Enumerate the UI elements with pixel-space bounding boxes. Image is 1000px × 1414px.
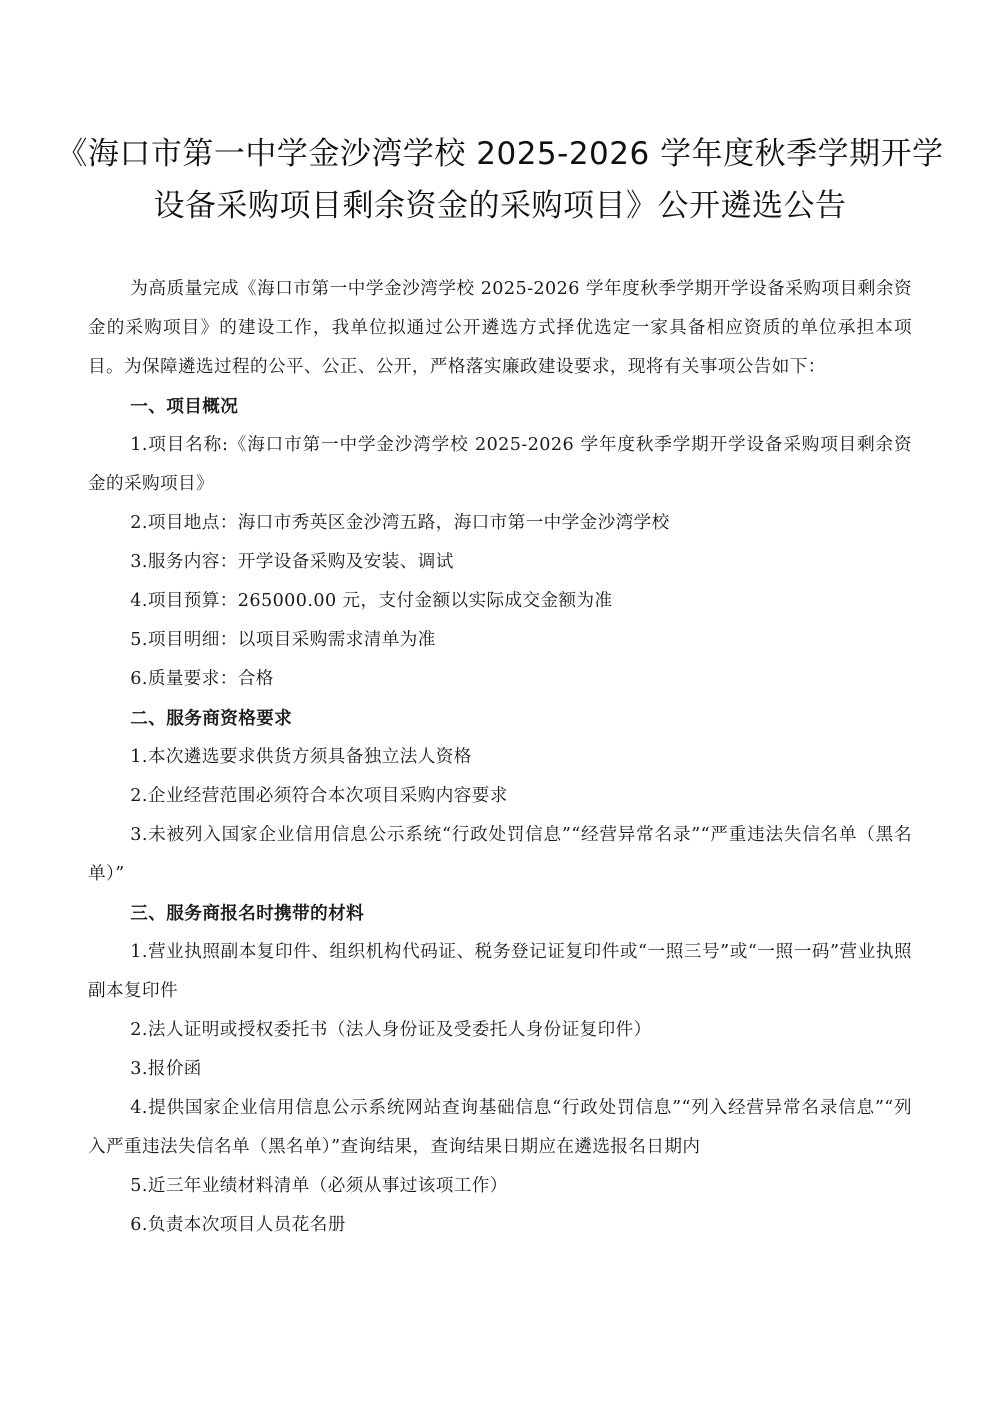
section-heading-materials: 三、服务商报名时携带的材料 bbox=[88, 894, 912, 933]
section-heading-qualifications: 二、服务商资格要求 bbox=[88, 699, 912, 738]
intro-paragraph: 为高质量完成《海口市第一中学金沙湾学校 2025-2026 学年度秋季学期开学设… bbox=[88, 270, 912, 387]
list-item: 4.项目预算：265000.00 元，支付金额以实际成交金额为准 bbox=[88, 582, 912, 621]
list-item: 3.服务内容：开学设备采购及安装、调试 bbox=[88, 543, 912, 582]
list-item: 5.项目明细：以项目采购需求清单为准 bbox=[88, 621, 912, 660]
list-item: 2.项目地点：海口市秀英区金沙湾五路，海口市第一中学金沙湾学校 bbox=[88, 504, 912, 543]
document-title: 《海口市第一中学金沙湾学校 2025-2026 学年度秋季学期开学 设备采购项目… bbox=[0, 128, 1000, 232]
section-heading-overview: 一、项目概况 bbox=[88, 387, 912, 426]
title-line-2: 设备采购项目剩余资金的采购项目》公开遴选公告 bbox=[0, 180, 1000, 232]
list-item: 2.企业经营范围必须符合本次项目采购内容要求 bbox=[88, 777, 912, 816]
list-item: 6.质量要求：合格 bbox=[88, 660, 912, 699]
document-body: 为高质量完成《海口市第一中学金沙湾学校 2025-2026 学年度秋季学期开学设… bbox=[88, 270, 912, 1245]
list-item: 1.营业执照副本复印件、组织机构代码证、税务登记证复印件或“一照三号”或“一照一… bbox=[88, 933, 912, 1011]
list-item: 3.报价函 bbox=[88, 1050, 912, 1089]
list-item: 6.负责本次项目人员花名册 bbox=[88, 1206, 912, 1245]
list-item: 1.项目名称:《海口市第一中学金沙湾学校 2025-2026 学年度秋季学期开学… bbox=[88, 426, 912, 504]
list-item: 4.提供国家企业信用信息公示系统网站查询基础信息“行政处罚信息”“列入经营异常名… bbox=[88, 1089, 912, 1167]
list-item: 3.未被列入国家企业信用信息公示系统“行政处罚信息”“经营异常名录”“严重违法失… bbox=[88, 816, 912, 894]
list-item: 1.本次遴选要求供货方须具备独立法人资格 bbox=[88, 738, 912, 777]
list-item: 5.近三年业绩材料清单（必须从事过该项工作） bbox=[88, 1167, 912, 1206]
list-item: 2.法人证明或授权委托书（法人身份证及受委托人身份证复印件） bbox=[88, 1011, 912, 1050]
title-line-1: 《海口市第一中学金沙湾学校 2025-2026 学年度秋季学期开学 bbox=[0, 128, 1000, 180]
